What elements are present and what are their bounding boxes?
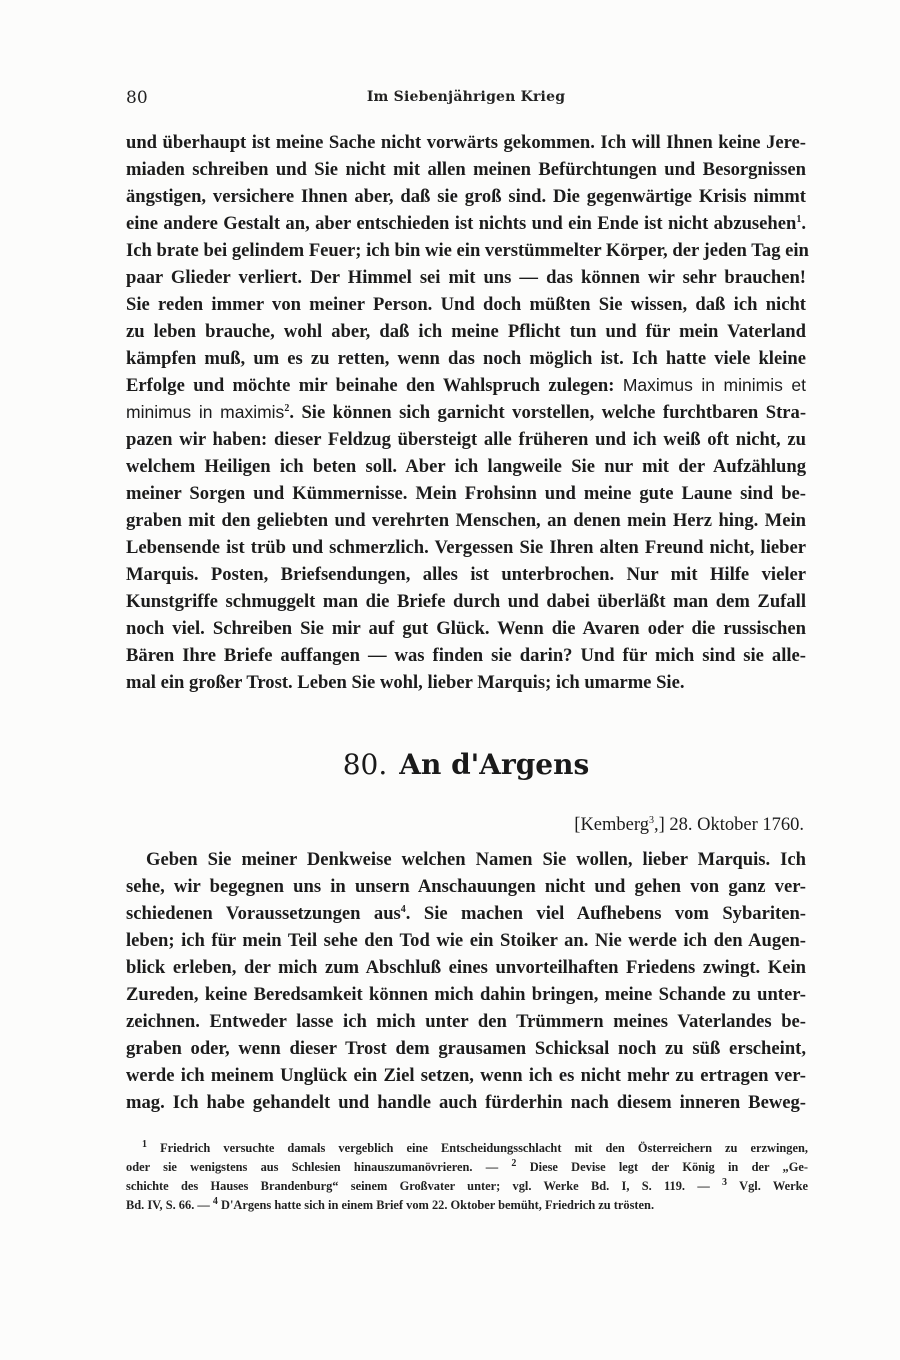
letter-heading: 80.An d'Argens xyxy=(126,748,806,781)
text-line: sehe, wir begegnen uns in unsern Anschau… xyxy=(126,873,806,900)
text-line: graben mit den geliebten und verehrten M… xyxy=(126,507,806,534)
place: [Kemberg xyxy=(574,815,649,835)
text-line: Erfolge und möchte mir beinahe den Wahls… xyxy=(126,372,806,399)
footnote-marker-1: 1 xyxy=(142,1139,147,1150)
footnote-marker-3: 3 xyxy=(722,1177,727,1188)
latin-motto-cont: minimus in maximis xyxy=(126,402,284,422)
text-line: blick erleben, der mich zum Abschluß ein… xyxy=(126,954,806,981)
text-fragment: Erfolge und möchte mir beinahe den Wahls… xyxy=(126,375,614,396)
footnote-line: 1 Friedrich versuchte damals vergeblich … xyxy=(126,1139,808,1158)
period: . xyxy=(406,903,411,924)
footnote-text: D'Argens hatte sich in einem Brief vom 2… xyxy=(221,1198,654,1212)
footnote-text: Bd. IV, S. 66. — xyxy=(126,1198,210,1212)
text-line: Ich brate bei gelindem Feuer; ich bin wi… xyxy=(126,237,806,264)
text-line: noch viel. Schreiben Sie mir auf gut Glü… xyxy=(126,615,806,642)
text-line: meiner Sorgen und Kümmernisse. Mein Froh… xyxy=(126,480,806,507)
footnote-text: schichte des Hauses Brandenburg“ seinem … xyxy=(126,1179,710,1193)
footnote-line: schichte des Hauses Brandenburg“ seinem … xyxy=(126,1177,808,1196)
period: . xyxy=(289,402,294,423)
text-line: zeichnen. Entweder lasse ich mich unter … xyxy=(126,1008,806,1035)
running-head: 80 Im Siebenjährigen Krieg xyxy=(126,88,806,112)
text-line: kämpfen muß, um es zu retten, wenn das n… xyxy=(126,345,806,372)
letter-number: 80. xyxy=(343,748,388,781)
text-line: Lebensende ist trüb und schmerzlich. Ver… xyxy=(126,534,806,561)
text-line: welchem Heiligen ich beten soll. Aber ic… xyxy=(126,453,806,480)
text-line: ängstigen, versichere Ihnen aber, daß si… xyxy=(126,183,806,210)
footnote-text: oder sie wenigstens aus Schlesien hinaus… xyxy=(126,1160,498,1174)
footnote-line: oder sie wenigstens aus Schlesien hinaus… xyxy=(126,1158,808,1177)
footnote-line: Bd. IV, S. 66. — 4 D'Argens hatte sich i… xyxy=(126,1196,808,1215)
text-line: mal ein großer Trost. Leben Sie wohl, li… xyxy=(126,669,806,696)
footnote-text: Vgl. Werke xyxy=(739,1179,808,1193)
text-line: zu leben brauche, wohl aber, daß ich mei… xyxy=(126,318,806,345)
book-page: 80 Im Siebenjährigen Krieg und überhaupt… xyxy=(0,0,900,1360)
letter-body: Geben Sie meiner Denkweise welchen Namen… xyxy=(126,846,806,1116)
text-line: Zureden, keine Beredsamkeit können mich … xyxy=(126,981,806,1008)
text-fragment: eine andere Gestalt an, aber entschieden… xyxy=(126,213,796,234)
latin-motto: Maximus in minimis et xyxy=(623,375,806,395)
place-close: ,] xyxy=(654,815,665,835)
text-line: Marquis. Posten, Briefsendungen, alles i… xyxy=(126,561,806,588)
text-line: miaden schreiben und Sie nicht mit allen… xyxy=(126,156,806,183)
text-line: graben oder, wenn dieser Trost dem graus… xyxy=(126,1035,806,1062)
text-line: Geben Sie meiner Denkweise welchen Namen… xyxy=(126,846,806,873)
letter-title: An d'Argens xyxy=(399,748,589,781)
footnote-marker-4: 4 xyxy=(213,1196,218,1207)
text-line: leben; ich für mein Teil sehe den Tod wi… xyxy=(126,927,806,954)
text-line: schiedenen Voraussetzungen aus4. Sie mac… xyxy=(126,900,806,927)
footnotes: 1 Friedrich versuchte damals vergeblich … xyxy=(126,1139,808,1215)
text-line: eine andere Gestalt an, aber entschieden… xyxy=(126,210,806,237)
text-fragment: Sie können sich garnicht vorstellen, wel… xyxy=(301,402,806,423)
running-title: Im Siebenjährigen Krieg xyxy=(126,89,806,105)
text-line: mag. Ich habe gehandelt und handle auch … xyxy=(126,1089,806,1116)
text-line: pazen wir haben: dieser Feldzug überstei… xyxy=(126,426,806,453)
text-line: und überhaupt ist meine Sache nicht vorw… xyxy=(126,129,806,156)
continuation-paragraph: und überhaupt ist meine Sache nicht vorw… xyxy=(126,129,806,696)
text-fragment: schiedenen Voraussetzungen aus xyxy=(126,903,401,924)
date: 28. Oktober 1760. xyxy=(669,815,804,835)
period: . xyxy=(801,213,806,234)
footnote-text: Diese Devise legt der König in der „Ge- xyxy=(530,1160,808,1174)
text-line: Sie reden immer von meiner Person. Und d… xyxy=(126,291,806,318)
text-fragment: Sie machen viel Aufhebens vom Sybariten- xyxy=(424,903,806,924)
text-line: werde ich meinem Unglück ein Ziel setzen… xyxy=(126,1062,806,1089)
footnote-text: Friedrich versuchte damals vergeblich ei… xyxy=(160,1141,808,1155)
text-line: paar Glieder verliert. Der Himmel sei mi… xyxy=(126,264,806,291)
text-line: minimus in maximis2. Sie können sich gar… xyxy=(126,399,806,426)
dateline: [Kemberg3,] 28. Oktober 1760. xyxy=(574,815,804,836)
text-line: Kunstgriffe schmuggelt man die Briefe du… xyxy=(126,588,806,615)
footnote-marker-2: 2 xyxy=(511,1158,516,1169)
text-line: Bären Ihre Briefe auffangen — was finden… xyxy=(126,642,806,669)
